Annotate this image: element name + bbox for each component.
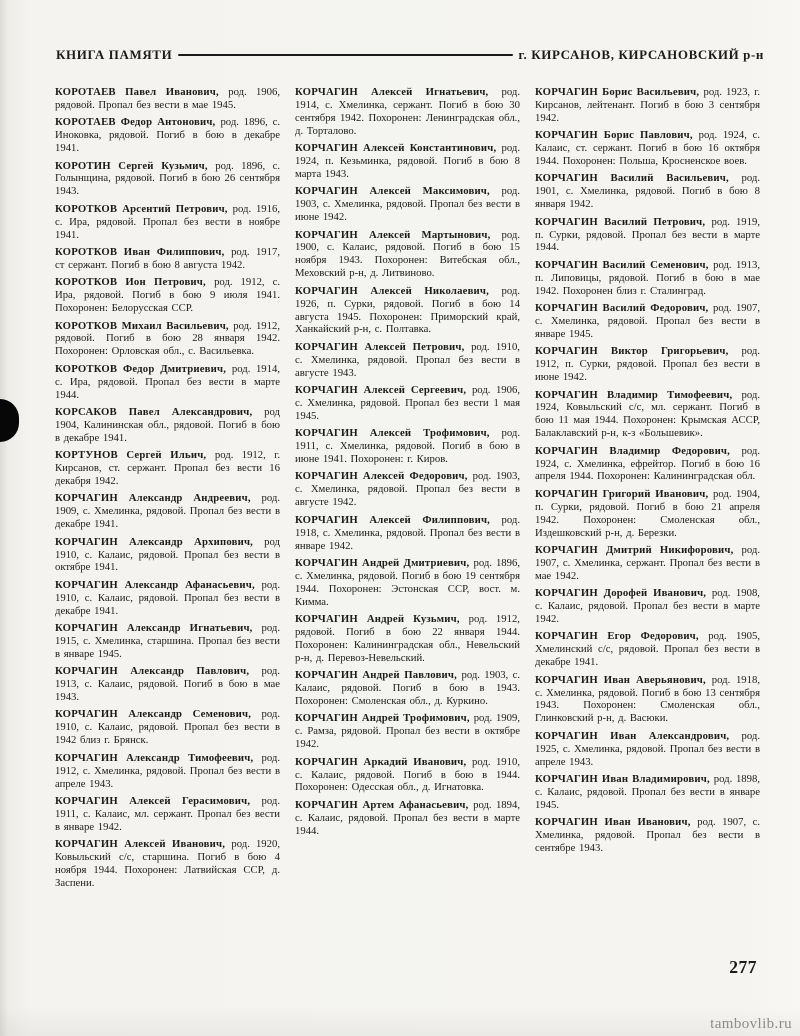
entry-person-name: КОРЧАГИН Александр Андреевич, <box>55 492 262 504</box>
memorial-entry: КОРЧАГИН Василий Петрович, род. 1919, п.… <box>535 216 760 255</box>
entry-person-name: КОРЧАГИН Алексей Николаевич, <box>295 285 502 297</box>
entry-person-name: КОРЧАГИН Алексей Игнатьевич, <box>295 86 502 98</box>
entry-person-name: КОРЧАГИН Алексей Петрович, <box>295 341 471 353</box>
page-header: КНИГА ПАМЯТИ г. КИРСАНОВ, КИРСАНОВСКИЙ р… <box>56 47 764 63</box>
entry-person-name: КОРЧАГИН Владимир Федорович, <box>535 445 742 457</box>
entry-person-name: КОРЧАГИН Василий Васильевич, <box>535 172 742 184</box>
entry-person-name: КОРОТАЕВ Федор Антонович, <box>55 116 220 128</box>
memorial-entry: КОРЧАГИН Андрей Павлович, род. 1903, с. … <box>295 669 520 708</box>
entry-person-name: КОРЧАГИН Аркадий Иванович, <box>295 756 472 768</box>
memorial-entry: КОРЧАГИН Василий Федорович, род. 1907, с… <box>535 302 760 341</box>
memorial-entry: КОРЧАГИН Алексей Петрович, род. 1910, с.… <box>295 341 520 380</box>
memorial-entry: КОРЧАГИН Алексей Иванович, род. 1920, Ко… <box>55 838 280 890</box>
entry-person-name: КОРЧАГИН Алексей Филиппович, <box>295 514 502 526</box>
memorial-entry: КОРЧАГИН Василий Васильевич, род. 1901, … <box>535 172 760 211</box>
district-title: г. КИРСАНОВ, КИРСАНОВСКИЙ р-н <box>519 47 765 63</box>
entry-person-name: КОРЧАГИН Андрей Кузьмич, <box>295 613 469 625</box>
entry-person-name: КОРОТИН Сергей Кузьмич, <box>55 160 215 172</box>
memorial-entry: КОРЧАГИН Григорий Иванович, род. 1904, п… <box>535 488 760 540</box>
scanned-book-page: КНИГА ПАМЯТИ г. КИРСАНОВ, КИРСАНОВСКИЙ р… <box>0 0 800 1036</box>
entry-person-name: КОРЧАГИН Алексей Сергеевич, <box>295 384 472 396</box>
entry-person-name: КОРЧАГИН Борис Павлович, <box>535 129 699 141</box>
memorial-entry: КОРЧАГИН Александр Семенович, род. 1910,… <box>55 708 280 747</box>
entry-person-name: КОРЧАГИН Алексей Мартынович, <box>295 229 502 241</box>
text-columns: КОРОТАЕВ Павел Иванович, род. 1906, рядо… <box>55 86 761 894</box>
entry-person-name: КОРЧАГИН Иван Иванович, <box>535 816 697 828</box>
memorial-entry: КОРЧАГИН Александр Андреевич, род. 1909,… <box>55 492 280 531</box>
memorial-entry: КОРЧАГИН Андрей Кузьмич, род. 1912, рядо… <box>295 613 520 665</box>
memorial-entry: КОРЧАГИН Иван Александрович, род. 1925, … <box>535 730 760 769</box>
entry-person-name: КОРЧАГИН Алексей Герасимович, <box>55 795 262 807</box>
entry-person-name: КОРЧАГИН Алексей Трофимович, <box>295 427 502 439</box>
memorial-entry: КОРЧАГИН Виктор Григорьевич, род. 1912, … <box>535 345 760 384</box>
memorial-entry: КОРЧАГИН Алексей Максимович, род. 1903, … <box>295 185 520 224</box>
entry-person-name: КОРОТАЕВ Павел Иванович, <box>55 86 228 98</box>
memorial-entry: КОРЧАГИН Дмитрий Никифорович, род. 1907,… <box>535 544 760 583</box>
memorial-entry: КОРОТИН Сергей Кузьмич, род. 1896, с. Го… <box>55 160 280 199</box>
entry-person-name: КОРЧАГИН Василий Петрович, <box>535 216 711 228</box>
entry-person-name: КОРЧАГИН Алексей Иванович, <box>55 838 231 850</box>
memorial-entry: КОРЧАГИН Александр Тимофеевич, род. 1912… <box>55 752 280 791</box>
entry-person-name: КОРЧАГИН Василий Федорович, <box>535 302 713 314</box>
entry-person-name: КОРЧАГИН Егор Федорович, <box>535 630 708 642</box>
memorial-entry: КОРЧАГИН Дорофей Иванович, род. 1908, с.… <box>535 587 760 626</box>
entry-person-name: КОРОТКОВ Михаил Васильевич, <box>55 320 233 332</box>
entry-person-name: КОРЧАГИН Алексей Федорович, <box>295 470 473 482</box>
memorial-entry: КОРЧАГИН Аркадий Иванович, род. 1910, с.… <box>295 756 520 795</box>
memorial-entry: КОРЧАГИН Иван Иванович, род. 1907, с. Хм… <box>535 816 760 855</box>
entry-person-name: КОРЧАГИН Дорофей Иванович, <box>535 587 712 599</box>
memorial-entry: КОРЧАГИН Борис Васильевич, род. 1923, г.… <box>535 86 760 125</box>
memorial-entry: КОРЧАГИН Алексей Николаевич, род. 1926, … <box>295 285 520 337</box>
memorial-entry: КОРОТАЕВ Павел Иванович, род. 1906, рядо… <box>55 86 280 112</box>
column-2: КОРЧАГИН Алексей Игнатьевич, род. 1914, … <box>295 86 520 894</box>
memorial-entry: КОРЧАГИН Иван Владимирович, род. 1898, с… <box>535 773 760 812</box>
memorial-entry: КОРЧАГИН Андрей Трофимович, род. 1909, с… <box>295 712 520 751</box>
memorial-entry: КОРЧАГИН Алексей Сергеевич, род. 1906, с… <box>295 384 520 423</box>
memorial-entry: КОРЧАГИН Василий Семенович, род. 1913, п… <box>535 259 760 298</box>
memorial-entry: КОРЧАГИН Алексей Константинович, род. 19… <box>295 142 520 181</box>
memorial-entry: КОРЧАГИН Алексей Игнатьевич, род. 1914, … <box>295 86 520 138</box>
entry-person-name: КОРЧАГИН Александр Семенович, <box>55 708 262 720</box>
library-watermark: tambovlib.ru <box>710 1016 792 1033</box>
entry-person-name: КОРЧАГИН Григорий Иванович, <box>535 488 713 500</box>
memorial-entry: КОРЧАГИН Артем Афанасьевич, род. 1894, с… <box>295 799 520 838</box>
memorial-entry: КОРЧАГИН Борис Павлович, род. 1924, с. К… <box>535 129 760 168</box>
entry-person-name: КОРЧАГИН Иван Аверьянович, <box>535 674 712 686</box>
page-number: 277 <box>729 957 757 978</box>
entry-person-name: КОРЧАГИН Иван Александрович, <box>535 730 742 742</box>
memorial-entry: КОРОТКОВ Иван Филиппович, род. 1917, ст … <box>55 246 280 272</box>
memorial-entry: КОРЧАГИН Иван Аверьянович, род. 1918, с.… <box>535 674 760 726</box>
memorial-entry: КОРЧАГИН Андрей Дмитриевич, род. 1896, с… <box>295 557 520 609</box>
entry-person-name: КОРЧАГИН Алексей Константинович, <box>295 142 502 154</box>
memorial-entry: КОРЧАГИН Алексей Трофимович, род. 1911, … <box>295 427 520 466</box>
memorial-entry: КОРЧАГИН Егор Федорович, род. 1905, Хмел… <box>535 630 760 669</box>
memorial-entry: КОРСАКОВ Павел Александрович, род 1904, … <box>55 406 280 445</box>
entry-person-name: КОРЧАГИН Иван Владимирович, <box>535 773 714 785</box>
memorial-entry: КОРЧАГИН Владимир Федорович, род. 1924, … <box>535 445 760 484</box>
memorial-entry: КОРЧАГИН Алексей Герасимович, род. 1911,… <box>55 795 280 834</box>
memorial-entry: КОРОТКОВ Арсентий Петрович, род. 1916, с… <box>55 203 280 242</box>
memorial-entry: КОРЧАГИН Александр Игнатьевич, род. 1915… <box>55 622 280 661</box>
memorial-entry: КОРЧАГИН Алексей Филиппович, род. 1918, … <box>295 514 520 553</box>
memorial-entry: КОРЧАГИН Александр Афанасьевич, род. 191… <box>55 579 280 618</box>
memorial-entry: КОРОТКОВ Ион Петрович, род. 1912, с. Ира… <box>55 276 280 315</box>
entry-person-name: КОРТУНОВ Сергей Ильич, <box>55 449 215 461</box>
entry-person-name: КОРЧАГИН Александр Афанасьевич, <box>55 579 262 591</box>
column-1: КОРОТАЕВ Павел Иванович, род. 1906, рядо… <box>55 86 280 894</box>
column-3: КОРЧАГИН Борис Васильевич, род. 1923, г.… <box>535 86 760 894</box>
binding-notch <box>0 399 19 442</box>
entry-person-name: КОРЧАГИН Борис Васильевич, <box>535 86 704 98</box>
entry-person-name: КОРЧАГИН Александр Игнатьевич, <box>55 622 262 634</box>
entry-person-name: КОРЧАГИН Александр Архипович, <box>55 536 264 548</box>
entry-person-name: КОРОТКОВ Федор Дмитриевич, <box>55 363 232 375</box>
memorial-entry: КОРЧАГИН Алексей Мартынович, род. 1900, … <box>295 229 520 281</box>
memorial-entry: КОРЧАГИН Алексей Федорович, род. 1903, с… <box>295 470 520 509</box>
entry-person-name: КОРЧАГИН Алексей Максимович, <box>295 185 502 197</box>
entry-person-name: КОРЧАГИН Виктор Григорьевич, <box>535 345 742 357</box>
memorial-entry: КОРЧАГИН Владимир Тимофеевич, род. 1924,… <box>535 389 760 441</box>
entry-person-name: КОРСАКОВ Павел Александрович, <box>55 406 264 418</box>
entry-person-name: КОРОТКОВ Арсентий Петрович, <box>55 203 233 215</box>
book-title: КНИГА ПАМЯТИ <box>56 47 172 63</box>
entry-person-name: КОРОТКОВ Иван Филиппович, <box>55 246 231 258</box>
entry-person-name: КОРЧАГИН Василий Семенович, <box>535 259 713 271</box>
entry-person-name: КОРЧАГИН Андрей Дмитриевич, <box>295 557 474 569</box>
memorial-entry: КОРЧАГИН Александр Архипович, род 1910, … <box>55 536 280 575</box>
entry-person-name: КОРЧАГИН Артем Афанасьевич, <box>295 799 473 811</box>
entry-person-name: КОРЧАГИН Александр Тимофеевич, <box>55 752 262 764</box>
memorial-entry: КОРОТАЕВ Федор Антонович, род. 1896, с. … <box>55 116 280 155</box>
entry-person-name: КОРОТКОВ Ион Петрович, <box>55 276 214 288</box>
memorial-entry: КОРОТКОВ Федор Дмитриевич, род. 1914, с.… <box>55 363 280 402</box>
entry-person-name: КОРЧАГИН Дмитрий Никифорович, <box>535 544 742 556</box>
entry-person-name: КОРЧАГИН Андрей Трофимович, <box>295 712 474 724</box>
entry-person-name: КОРЧАГИН Владимир Тимофеевич, <box>535 389 742 401</box>
header-rule <box>178 54 512 56</box>
memorial-entry: КОРОТКОВ Михаил Васильевич, род. 1912, р… <box>55 320 280 359</box>
entry-person-name: КОРЧАГИН Александр Павлович, <box>55 665 262 677</box>
memorial-entry: КОРЧАГИН Александр Павлович, род. 1913, … <box>55 665 280 704</box>
memorial-entry: КОРТУНОВ Сергей Ильич, род. 1912, г. Кир… <box>55 449 280 488</box>
entry-person-name: КОРЧАГИН Андрей Павлович, <box>295 669 461 681</box>
